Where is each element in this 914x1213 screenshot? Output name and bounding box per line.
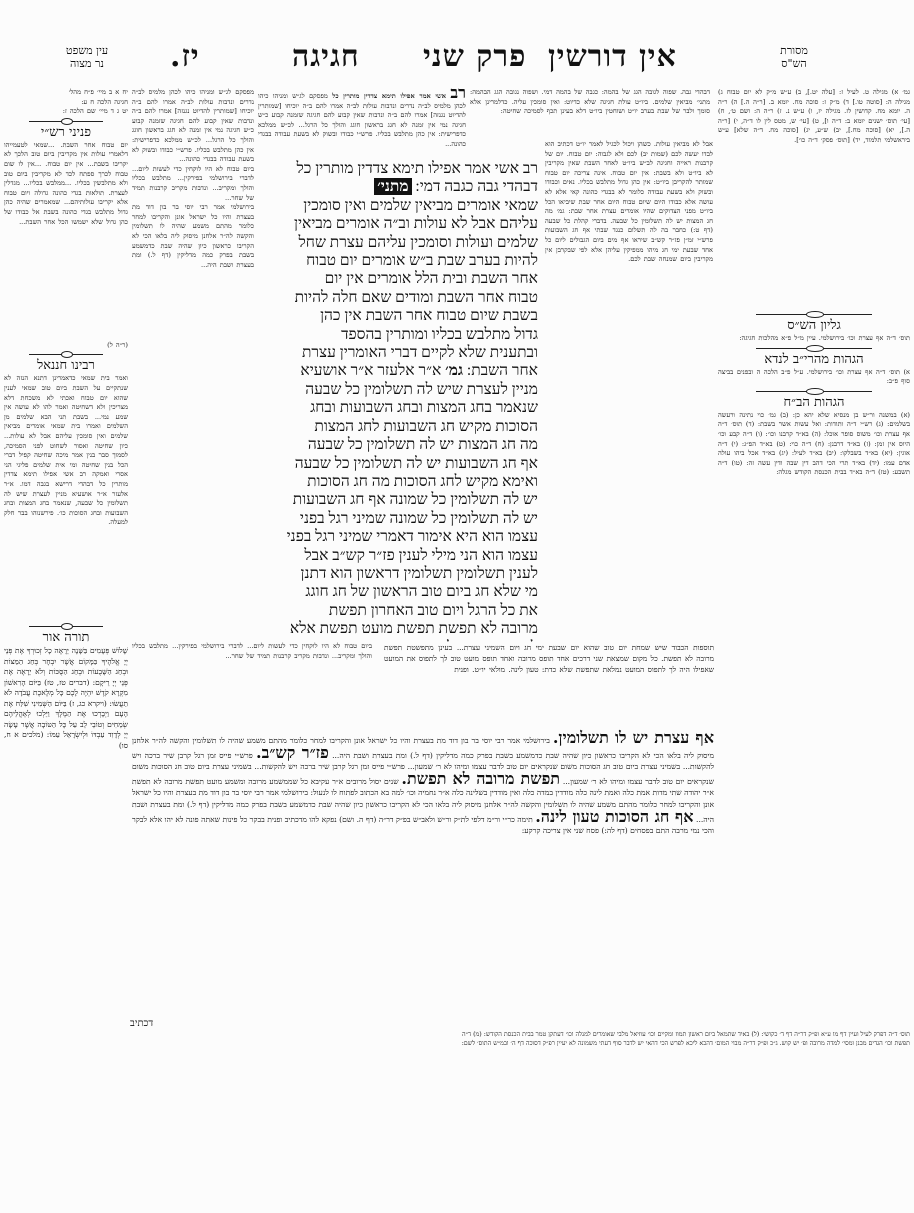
rashi-column: אבל לא מביאין עולות. כשהן ויכול לכגיל לא… — [545, 140, 713, 640]
ornament-divider — [718, 344, 910, 352]
ein-mishpat-label: עין משפט נר מצוה — [52, 44, 122, 70]
ornament-divider — [4, 350, 128, 358]
torah-or-title: תורה אור — [4, 630, 128, 646]
ornament-divider — [4, 117, 128, 125]
tosafot-lower-right: תוספות הכבוד שיש שמחת יום טוב שהוא יום ש… — [384, 642, 714, 732]
gemara-line: עצמו הוא היא אימור דאמרי שמיני רגל בפני — [268, 528, 538, 546]
hagahot-maharib-title: הגהות מהרי״ב לנדא — [718, 352, 910, 368]
gemara-line: ואימא מקיש לחג הסוכות מה חג הסוכות — [268, 473, 538, 491]
chapter-title: פרק שני — [423, 40, 526, 74]
gemara-line: עליהם אבל לא עולות וב״ה אומרים מביאין — [268, 215, 538, 233]
gemara-line: עצמו הוא הני מילי לענין פז״ר קש״ב אבל — [268, 547, 538, 565]
right-sidebar: גמ׳ א) מגילה ט. לעיל ז: [עלה יט.], ב) ע״… — [718, 88, 910, 1038]
lower-commentary: ביום טבוח לא היו לוקחין כדי לעשות ליום..… — [132, 642, 714, 1026]
tractate-title: אין דורשין — [548, 40, 677, 74]
gemara-line: מרובה לא תפשת תפשת מועט תפשת אלא — [268, 620, 538, 638]
tractate-name: חגיגה — [292, 40, 360, 74]
gemara-line: לענין תשלומין תשלומין דראשון הוא דתנן — [268, 565, 538, 583]
pnei-rashi-text: יום טבוח אחר השבת. ...שמאי לטעמייהו דלאמ… — [4, 141, 128, 341]
ornament-divider — [718, 310, 910, 318]
catchword: דכתיב — [130, 1018, 153, 1029]
tosafot-upper-column: מפסקם לג״ש ומניהו כיהו לכהן מלמיס לב״ה נ… — [132, 88, 254, 638]
ornament-divider — [4, 622, 128, 630]
gemara-line: יש לה תשלומין כל שמונה שמיני רגל בפני — [268, 510, 538, 528]
gemara-marker: גמ׳ — [445, 362, 463, 379]
hagahot-habach-title: הגהות הב״ח — [718, 395, 910, 411]
rabbeinu-chananel-text: ואמר בית שמאי כדאמרינן דתנא הנזה לא שנתק… — [4, 374, 128, 622]
gemara-line: בשבת שיום טבוח אחר השבת אין כהן — [268, 307, 538, 325]
mishna-marker: מתני׳ — [374, 178, 411, 195]
rashi-top-band: דבהדי גבה. שפוה לגובה הגג של בהמה: כגבה … — [470, 88, 710, 138]
masoret-hashas-text: גמ׳ א) מגילה ט. לעיל ז: [עלה יט.], ב) ע״… — [718, 88, 910, 310]
tosafot-headword: תפשת מרובה לא תפשת. — [401, 769, 560, 788]
footnotes: תוס׳ ד״ה דפרק לעיל ועיין דף מו ע״א ופ״ק … — [4, 1030, 910, 1048]
gilyon-hashas-title: גליון הש״ס — [718, 318, 910, 334]
gemara-line: מה חג המצות יש לה תשלומין כל שבעה — [268, 436, 538, 454]
gemara-line: שלמים ועולות וסומכין עליהם עצרת שחל — [268, 234, 538, 252]
tosafot-full-width: אף עצרת יש לו תשלומין. בירושלמי אמר רבי … — [132, 732, 714, 837]
gemara-main-text: רב אשי אמר אפילו תימא צדדין מותרין כל דב… — [268, 160, 538, 642]
gemara-line: אחר השבת ובית הלל אומרים אין יום — [268, 270, 538, 288]
gemara-line: להיות בערב שבת ב״ש אומרים יום טבוח — [268, 252, 538, 270]
tosafot-headword: אף עצרת יש לו תשלומין. — [553, 728, 714, 747]
ornament-divider — [718, 387, 910, 395]
tosafot-top-band: רב אשי אמר אפילו תימא צדדין מותרין כל מפ… — [258, 88, 466, 158]
gemara-line: מי שלא חג ביום טוב הראשון של חג חוגג — [268, 583, 538, 601]
dibur-hamatchil: רב — [450, 88, 466, 102]
rabbeinu-chananel-title: רבינו חננאל — [4, 358, 128, 374]
pnei-rashi-ref: (ר״ה ל) — [4, 341, 128, 351]
gemara-line: טבוח אחר השבת ומודים שאם חלה להיות — [268, 289, 538, 307]
gemara-line: יש לה תשלומין כל שמונה אף חג השבועות — [268, 491, 538, 509]
torah-or-text: שָׁלוֹשׁ פְּעָמִים בַּשָּׁנָה יֵרָאֶה כָ… — [4, 646, 128, 886]
gemara-line: דבהדי גבה כגבה דמי: מתני׳ — [268, 178, 538, 196]
gemara-line: גדול מתלבש בכליו ומותרין בהספד — [268, 326, 538, 344]
gemara-line: אף חג השבועות יש לה תשלומין כל שבעה — [268, 455, 538, 473]
gemara-line: שמאי אומרים מביאין שלמים ואין סומכין — [268, 197, 538, 215]
gemara-line: שנאמר בחג המצות ובחג השבועות ובחג — [268, 399, 538, 417]
tosafot-headword: אף חג הסוכות טעון לינה. — [535, 807, 693, 826]
gemara-line: ובתענית שלא לקיים דברי האומרין עצרת — [268, 344, 538, 362]
folio-number: יז. — [170, 40, 200, 74]
hagahot-maharib-text: א) תוס׳ ד״ה אף עצרת וכו׳ בירושלמי. ע״ל פ… — [718, 368, 910, 387]
tosafot-headword: פז״ר קש״ב. — [256, 743, 329, 762]
gemara-line: הסוכות מקיש חג השבועות לחג המצות — [268, 418, 538, 436]
page-header: מסורת הש"ס אין דורשין פרק שני חגיגה יז. … — [0, 40, 914, 85]
masoret-label: מסורת הש"ס — [764, 44, 824, 70]
gemara-line: אחר השבת: גמ׳ א״ר אלעזר א״ר אושעיא — [268, 362, 538, 380]
ein-mishpat-block: יח א ב מיי׳ פ״ח מהל׳ חגיגה הלכה ח ע: יט … — [4, 88, 128, 117]
left-sidebar: יח א ב מיי׳ פ״ח מהל׳ חגיגה הלכה ח ע: יט … — [4, 88, 128, 1038]
gemara-line: רב אשי אמר אפילו תימא צדדין מותרין כל — [268, 160, 538, 178]
hagahot-habach-text: (א) במשנה ור״ש בן מנסיא שלא יהא כן: (ב) … — [718, 411, 910, 911]
rashi-lower-left: ביום טבוח לא היו לוקחין כדי לעשות ליום..… — [132, 642, 372, 732]
gemara-line: מניין לעצרת שיש לה תשלומין כל שבעה — [268, 381, 538, 399]
pnei-rashi-title: פניני רש״י — [4, 125, 128, 141]
gemara-line: את כל הרגל ויום טוב האחרון תפשת — [268, 602, 538, 620]
gilyon-hashas-text: תוס׳ ד״ה אף עצרת וכו׳ בירושלמי. עיין מ״ל… — [718, 334, 910, 344]
